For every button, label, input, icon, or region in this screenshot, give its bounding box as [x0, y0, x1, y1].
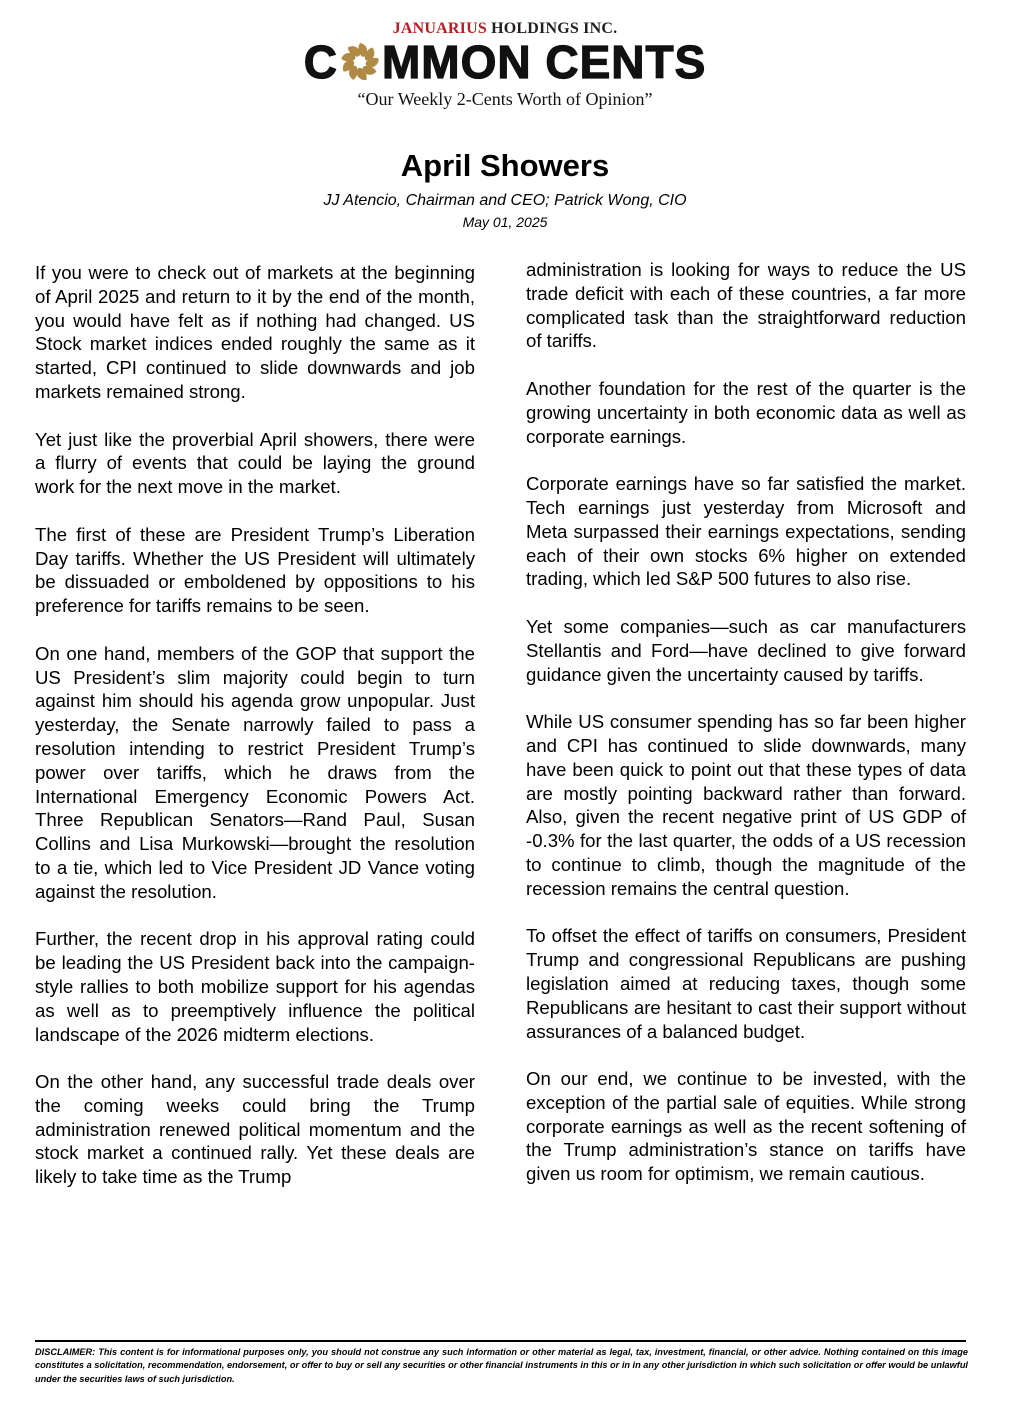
paragraph: Yet just like the proverbial April showe… [35, 428, 475, 499]
article-title: April Showers [0, 148, 1010, 184]
paragraph: On one hand, members of the GOP that sup… [35, 642, 475, 904]
footer-divider [35, 1340, 966, 1342]
paragraph: Yet some companies—such as car manufactu… [526, 615, 966, 686]
paragraph: The first of these are President Trump’s… [35, 523, 475, 618]
paragraph: Another foundation for the rest of the q… [526, 377, 966, 448]
brand-word-rest: MMON CENTS [382, 40, 706, 84]
article-column-left: If you were to check out of markets at t… [35, 261, 475, 1189]
article-authors: JJ Atencio, Chairman and CEO; Patrick Wo… [0, 191, 1010, 211]
paragraph: While US consumer spending has so far be… [526, 710, 966, 900]
paragraph: Corporate earnings have so far satisfied… [526, 472, 966, 591]
brand-logotype: C MMON CENTS [0, 40, 1010, 84]
article-header: April Showers JJ Atencio, Chairman and C… [0, 148, 1010, 231]
brand-letter-c: C [304, 40, 338, 84]
paragraph: administration is looking for ways to re… [526, 258, 966, 353]
company-name-holdings: HOLDINGS INC. [487, 20, 617, 37]
article-column-right: administration is looking for ways to re… [526, 258, 966, 1186]
paragraph: To offset the effect of tariffs on consu… [526, 924, 966, 1043]
paragraph: If you were to check out of markets at t… [35, 261, 475, 404]
tagline: “Our Weekly 2-Cents Worth of Opinion” [0, 88, 1010, 110]
newsletter-page: JANUARIUS HOLDINGS INC. C [0, 0, 1010, 1426]
company-name-januarius: JANUARIUS [393, 20, 487, 37]
article-date: May 01, 2025 [0, 213, 1010, 231]
masthead: JANUARIUS HOLDINGS INC. C [0, 20, 1010, 110]
paragraph: Further, the recent drop in his approval… [35, 927, 475, 1046]
paragraph: On the other hand, any successful trade … [35, 1070, 475, 1189]
paragraph: On our end, we continue to be invested, … [526, 1067, 966, 1186]
gold-pinwheel-coin-icon [339, 41, 381, 83]
disclaimer: DISCLAIMER: This content is for informat… [35, 1346, 968, 1386]
